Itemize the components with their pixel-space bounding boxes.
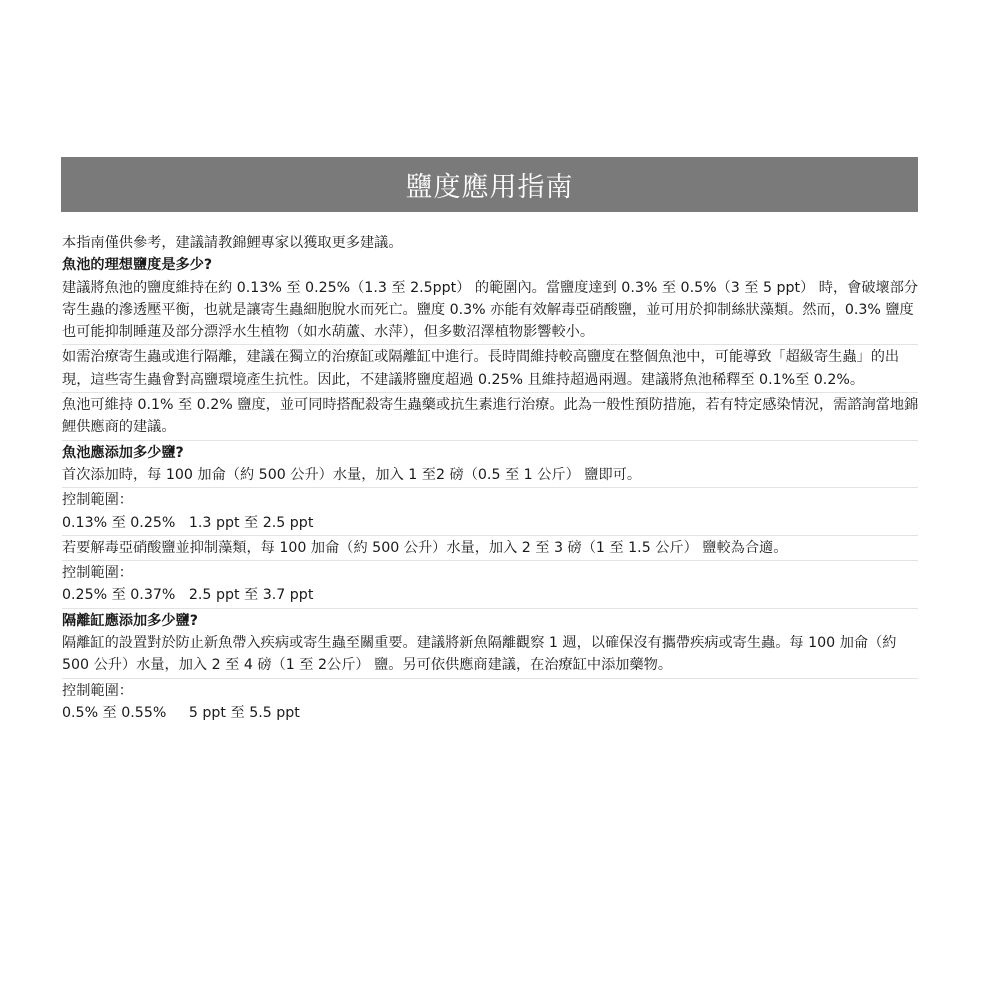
section-heading: 魚池應添加多少鹽? bbox=[62, 442, 922, 464]
divider bbox=[62, 440, 918, 441]
paragraph: 魚池可維持 0.1% 至 0.2% 鹽度，並可同時搭配殺寄生蟲藥或抗生素進行治療… bbox=[62, 394, 922, 439]
divider bbox=[62, 344, 918, 345]
guide-content: 本指南僅供參考，建議請教錦鯉專家以獲取更多建議。 魚池的理想鹽度是多少? 建議將… bbox=[62, 232, 922, 724]
control-range-value: 0.13% 至 0.25% 1.3 ppt 至 2.5 ppt bbox=[62, 512, 922, 534]
divider bbox=[62, 487, 918, 488]
section-ideal-salinity: 魚池的理想鹽度是多少? 建議將魚池的鹽度維持在約 0.13% 至 0.25%（1… bbox=[62, 254, 922, 440]
intro-text: 本指南僅供參考，建議請教錦鯉專家以獲取更多建議。 bbox=[62, 232, 922, 254]
paragraph: 建議將魚池的鹽度維持在約 0.13% 至 0.25%（1.3 至 2.5ppt）… bbox=[62, 277, 922, 344]
page-title-banner: 鹽度應用指南 bbox=[61, 157, 918, 212]
section-pond-salt-amount: 魚池應添加多少鹽? 首次添加時，每 100 加侖（約 500 公升）水量，加入 … bbox=[62, 442, 922, 609]
paragraph: 如需治療寄生蟲或進行隔離，建議在獨立的治療缸或隔離缸中進行。長時間維持較高鹽度在… bbox=[62, 346, 922, 391]
paragraph: 隔離缸的設置對於防止新魚帶入疾病或寄生蟲至關重要。建議將新魚隔離觀察 1 週，以… bbox=[62, 632, 922, 677]
section-heading: 隔離缸應添加多少鹽? bbox=[62, 610, 922, 632]
divider bbox=[62, 560, 918, 561]
paragraph: 若要解毒亞硝酸鹽並抑制藻類，每 100 加侖（約 500 公升）水量，加入 2 … bbox=[62, 537, 802, 559]
control-range-label: 控制範圍： bbox=[62, 489, 922, 511]
divider bbox=[62, 678, 918, 679]
page-title: 鹽度應用指南 bbox=[406, 165, 574, 204]
divider bbox=[62, 535, 918, 536]
divider bbox=[62, 608, 918, 609]
divider bbox=[62, 392, 918, 393]
section-quarantine-salt-amount: 隔離缸應添加多少鹽? 隔離缸的設置對於防止新魚帶入疾病或寄生蟲至關重要。建議將新… bbox=[62, 610, 922, 724]
control-range-value: 0.5% 至 0.55% 5 ppt 至 5.5 ppt bbox=[62, 702, 922, 724]
section-heading: 魚池的理想鹽度是多少? bbox=[62, 254, 922, 276]
control-range-label: 控制範圍： bbox=[62, 680, 922, 702]
paragraph: 首次添加時，每 100 加侖（約 500 公升）水量，加入 1 至2 磅（0.5… bbox=[62, 464, 922, 486]
control-range-value: 0.25% 至 0.37% 2.5 ppt 至 3.7 ppt bbox=[62, 584, 922, 606]
control-range-label: 控制範圍： bbox=[62, 562, 922, 584]
